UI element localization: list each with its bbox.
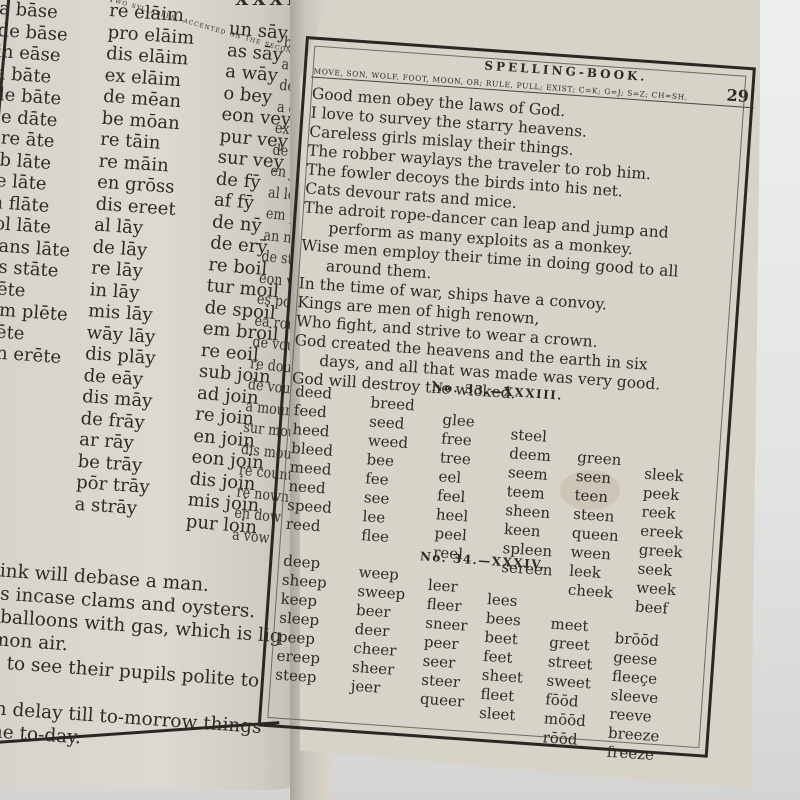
- word-column: deep sheep keep sleep peep ereep steep: [275, 552, 329, 688]
- word: freeze: [606, 743, 659, 766]
- word-column: leer fleer sneer peer seer steer queer: [419, 576, 472, 712]
- word: jeer: [350, 677, 399, 699]
- word: flee: [361, 526, 406, 548]
- left-word-column-1: a bāse de bāse in eāse a bāte de bāte se…: [0, 0, 89, 498]
- word: eel: [438, 467, 471, 488]
- word-column: weep sweep beer deer cheer sheer jeer: [350, 563, 407, 699]
- word: free: [441, 429, 474, 450]
- word: rōōd: [542, 728, 588, 750]
- right-page-content: SPELLING-BOOK. MOVE, SON, WOLF, FOOT, MO…: [257, 36, 765, 766]
- word: reed: [285, 515, 331, 537]
- word: glee: [442, 410, 475, 431]
- word: heel: [435, 505, 468, 526]
- word: steep: [275, 665, 321, 687]
- word: cheek: [567, 581, 615, 603]
- word-column: brōōd geese fleeçe sleeve reeve breeze f…: [606, 629, 666, 765]
- word: tree: [439, 448, 472, 469]
- reading-sentences: Good men obey the laws of God. I love to…: [291, 85, 689, 415]
- left-word-column-2: re elāim pro elāim dis elāim ex elāim de…: [74, 0, 196, 521]
- word: beef: [634, 597, 679, 619]
- word: feel: [437, 486, 470, 507]
- page-number: 29: [726, 86, 750, 107]
- word: queer: [419, 690, 464, 712]
- word: sleet: [479, 704, 521, 726]
- word-column: meet greet street sweet fōōd mōōd rōōd: [542, 615, 596, 751]
- word: peel: [434, 524, 467, 545]
